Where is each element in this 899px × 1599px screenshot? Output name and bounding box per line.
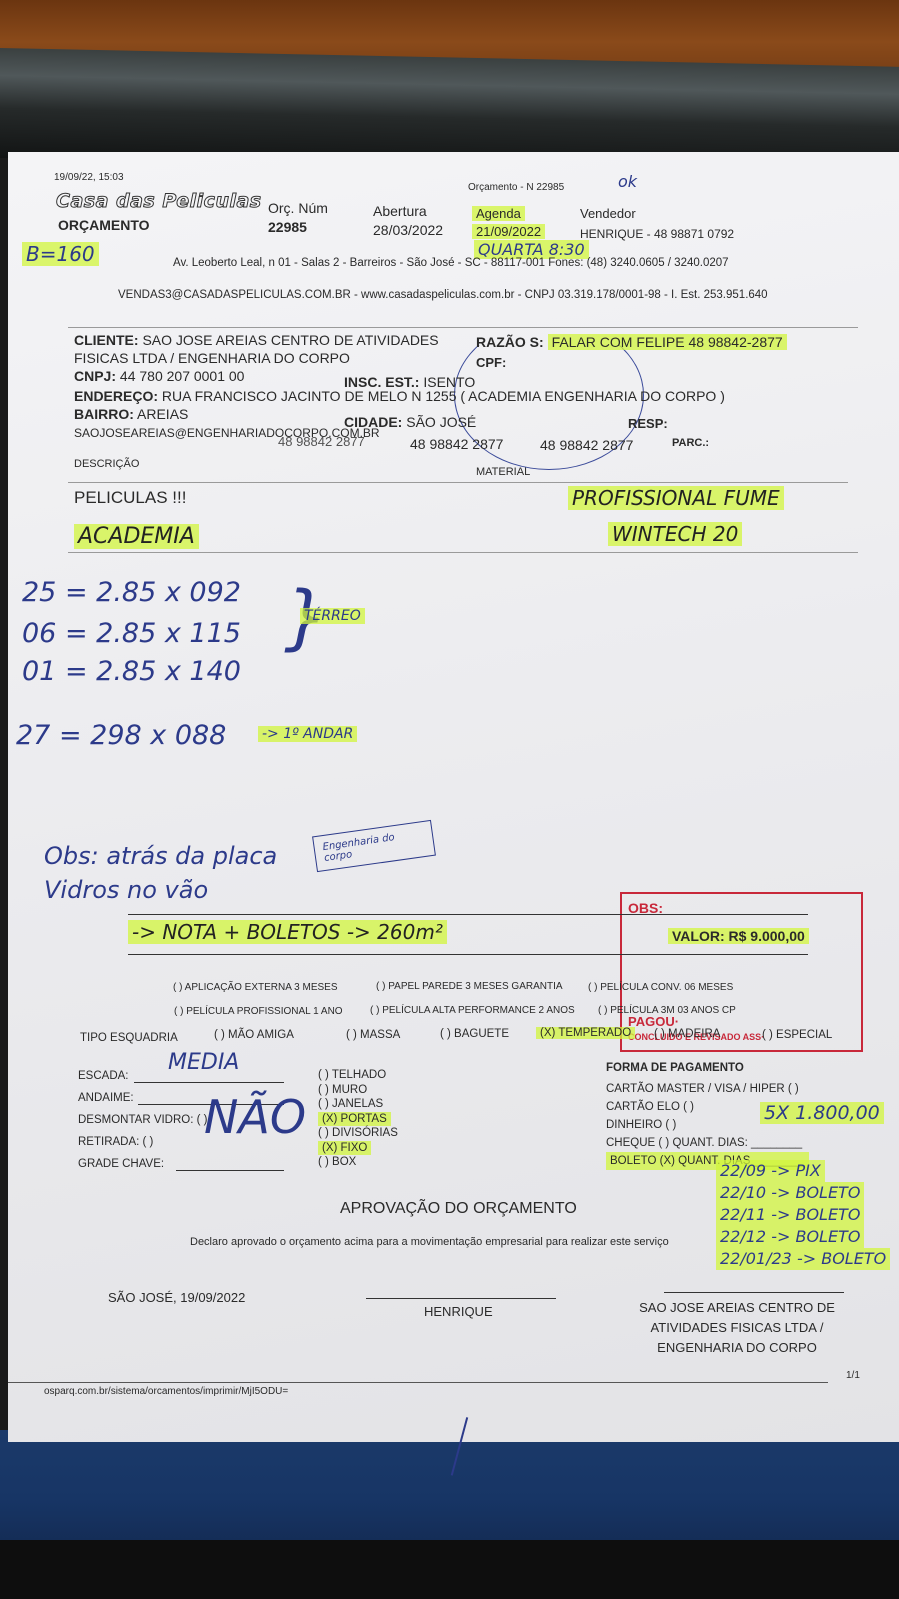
cpf-label: CPF: — [476, 355, 506, 370]
orc-num-label: Orç. Núm — [268, 200, 328, 216]
cnpj-value: 44 780 207 0001 00 — [120, 368, 245, 384]
client-signature-line — [664, 1292, 844, 1293]
location-option[interactable]: ( ) MURO — [318, 1083, 398, 1098]
divider — [128, 954, 808, 955]
client-sign-line-3: ENGENHARIA DO CORPO — [622, 1338, 852, 1358]
obs-hand-2: Vidros no vão — [44, 876, 208, 904]
nao-hand: NÃO — [204, 1090, 306, 1144]
parc-label: PARC.: — [672, 437, 709, 449]
esquadria-option[interactable]: ( ) ESPECIAL — [762, 1029, 832, 1041]
terreo-note: TÉRREO — [300, 608, 365, 624]
payment-options: CARTÃO MASTER / VISA / HIPER ( ) CARTÃO … — [606, 1080, 809, 1170]
endereco-value: RUA FRANCISCO JACINTO DE MELO N 1255 ( A… — [162, 388, 725, 404]
client-sign-line-2: ATIVIDADES FISICAS LTDA / — [622, 1318, 852, 1338]
valor-total: VALOR: R$ 9.000,00 — [668, 928, 809, 944]
approval-title: APROVAÇÃO DO ORÇAMENTO — [340, 1200, 577, 1218]
seller-sign: HENRIQUE — [424, 1304, 493, 1319]
schedule-item: 22/09 -> PIX — [716, 1160, 825, 1182]
page-number: 1/1 — [846, 1370, 860, 1381]
phone-1: 48 98842 2877 — [410, 436, 503, 452]
installments-note: 5X 1.800,00 — [760, 1102, 884, 1124]
pagou-label: PAGOU· — [628, 1014, 679, 1029]
retirada-label: RETIRADA: ( ) — [78, 1136, 153, 1148]
payment-option[interactable]: CHEQUE ( ) QUANT. DIAS: ________ — [606, 1134, 809, 1152]
cnpj-label: CNPJ: — [74, 368, 116, 384]
ok-mark: ok — [618, 172, 637, 191]
abertura-label: Abertura — [373, 203, 427, 219]
location-option-checked[interactable]: (X) PORTAS — [318, 1112, 391, 1127]
vendedor-value: HENRIQUE - 48 98871 0792 — [580, 227, 734, 241]
esquadria-option[interactable]: ( ) BAGUETE — [440, 1028, 509, 1040]
seller-signature-line — [366, 1298, 556, 1299]
location-option[interactable]: ( ) JANELAS — [318, 1097, 398, 1112]
quote-document: 19/09/22, 15:03 Casa das Peliculas ORÇAM… — [8, 152, 899, 1442]
cliente-label: CLIENTE: — [74, 332, 139, 348]
material-label: MATERIAL — [476, 466, 530, 478]
address-line: Av. Leoberto Leal, n 01 - Salas 2 - Barr… — [173, 257, 729, 269]
cidade-value: SÃO JOSÉ — [406, 414, 476, 430]
description-item: PELICULAS !!! — [74, 488, 186, 508]
escada-value: MEDIA — [168, 1050, 239, 1075]
escada-line — [134, 1082, 284, 1083]
esquadria-option-checked[interactable]: (X) TEMPERADO — [536, 1027, 635, 1039]
client-sign-line-1: SAO JOSE AREIAS CENTRO DE — [622, 1298, 852, 1318]
escada-label: ESCADA: — [78, 1070, 129, 1082]
esquadria-option[interactable]: ( ) MÃO AMIGA — [214, 1029, 294, 1041]
desmontar-label: DESMONTAR VIDRO: ( ) — [78, 1114, 207, 1126]
divider — [68, 327, 858, 328]
vendedor-label: Vendedor — [580, 206, 636, 221]
bairro-label: BAIRRO: — [74, 406, 134, 422]
agenda-label: Agenda — [472, 206, 525, 221]
warranty-option[interactable]: ( ) PELÍCULA 3M 03 ANOS CP — [598, 1005, 736, 1016]
bairro-value: AREIAS — [137, 406, 188, 422]
divider — [68, 482, 848, 483]
client-sign: SAO JOSE AREIAS CENTRO DE ATIVIDADES FIS… — [622, 1298, 852, 1358]
payment-schedule: 22/09 -> PIX 22/10 -> BOLETO 22/11 -> BO… — [716, 1160, 890, 1270]
grade-label: GRADE CHAVE: — [78, 1158, 164, 1170]
phone-2: 48 98842 2877 — [540, 437, 633, 453]
footer-url: osparq.com.br/sistema/orcamentos/imprimi… — [44, 1386, 288, 1397]
orc-num-value: 22985 — [268, 219, 307, 235]
schedule-item: 22/11 -> BOLETO — [716, 1204, 864, 1226]
orcamento-number: Orçamento - N 22985 — [468, 182, 564, 193]
measurement-3: 01 = 2.85 x 140 — [22, 656, 241, 687]
footer-divider — [8, 1382, 828, 1383]
print-timestamp: 19/09/22, 15:03 — [54, 172, 124, 183]
warranty-option[interactable]: ( ) PELÍCULA PROFISSIONAL 1 ANO — [174, 1006, 343, 1017]
approval-declaration: Declaro aprovado o orçamento acima para … — [190, 1236, 669, 1248]
payment-title: FORMA DE PAGAMENTO — [606, 1062, 744, 1074]
b-value-note: B=160 — [22, 242, 99, 266]
cliente-row: CLIENTE: SAO JOSE AREIAS CENTRO DE ATIVI… — [74, 332, 439, 348]
location-list: ( ) TELHADO ( ) MURO ( ) JANELAS (X) POR… — [318, 1068, 398, 1170]
cnpj-row: CNPJ: 44 780 207 0001 00 — [74, 368, 244, 384]
schedule-item: 22/01/23 -> BOLETO — [716, 1248, 890, 1270]
measurement-4: 27 = 298 x 088 — [16, 720, 226, 751]
descricao-label: DESCRIÇÃO — [74, 458, 139, 470]
warranty-option[interactable]: ( ) PELÍCULA CONV. 06 MESES — [588, 982, 733, 993]
hand-academia: ACADEMIA — [74, 524, 199, 549]
schedule-item: 22/12 -> BOLETO — [716, 1226, 864, 1248]
nota-note: -> NOTA + BOLETOS -> 260m² — [128, 920, 447, 944]
obs-hand-box: Engenharia do corpo — [312, 820, 436, 872]
location-option[interactable]: ( ) TELHADO — [318, 1068, 398, 1083]
andar-note: -> 1º ANDAR — [258, 726, 357, 742]
razao-row: RAZÃO S: FALAR COM FELIPE 48 98842-2877 — [476, 334, 787, 350]
hand-material-1: PROFISSIONAL FUME — [568, 486, 784, 510]
bairro-row: BAIRRO: AREIAS — [74, 406, 188, 422]
location-option[interactable]: ( ) BOX — [318, 1155, 398, 1170]
location-option[interactable]: ( ) DIVISÓRIAS — [318, 1126, 398, 1141]
measurement-2: 06 = 2.85 x 115 — [22, 618, 241, 649]
esquadria-option[interactable]: ( ) MASSA — [346, 1029, 400, 1041]
warranty-option[interactable]: ( ) PAPEL PAREDE 3 MESES GARANTIA — [376, 981, 563, 992]
phone-overlap: 48 98842 2877 — [278, 434, 365, 449]
measurement-1: 25 = 2.85 x 092 — [22, 577, 241, 608]
esquadria-option[interactable]: ( ) MADEIRA — [654, 1028, 720, 1040]
company-logo: Casa das Peliculas — [56, 190, 262, 212]
contact-line: VENDAS3@CASADASPELICULAS.COM.BR - www.ca… — [118, 289, 768, 301]
andaime-label: ANDAIME: — [78, 1092, 134, 1104]
doc-type: ORÇAMENTO — [58, 217, 150, 233]
cliente-value-2: FISICAS LTDA / ENGENHARIA DO CORPO — [74, 350, 350, 366]
resp-label: RESP: — [628, 416, 668, 431]
background-blue-surface — [0, 1430, 899, 1545]
razao-value: FALAR COM FELIPE 48 98842-2877 — [548, 334, 787, 350]
schedule-item: 22/10 -> BOLETO — [716, 1182, 864, 1204]
background-floor — [0, 1540, 899, 1599]
warranty-option[interactable]: ( ) PELÍCULA ALTA PERFORMANCE 2 ANOS — [370, 1005, 575, 1016]
location-option-checked[interactable]: (X) FIXO — [318, 1141, 371, 1156]
divider — [128, 914, 808, 915]
payment-option[interactable]: CARTÃO MASTER / VISA / HIPER ( ) — [606, 1080, 809, 1098]
abertura-value: 28/03/2022 — [373, 222, 443, 238]
warranty-option[interactable]: ( ) APLICAÇÃO EXTERNA 3 MESES — [173, 982, 338, 993]
agenda-value: 21/09/2022 — [472, 224, 545, 239]
grade-line — [176, 1170, 284, 1171]
cliente-value: SAO JOSE AREIAS CENTRO DE ATIVIDADES — [142, 332, 438, 348]
razao-label: RAZÃO S: — [476, 334, 544, 350]
hand-material-2: WINTECH 20 — [608, 522, 742, 546]
obs-hand-1: Obs: atrás da placa — [44, 842, 277, 870]
endereco-row: ENDEREÇO: RUA FRANCISCO JACINTO DE MELO … — [74, 388, 725, 404]
endereco-label: ENDEREÇO: — [74, 388, 158, 404]
place-date: SÃO JOSÉ, 19/09/2022 — [108, 1290, 245, 1305]
divider — [68, 552, 858, 553]
esquadria-label: TIPO ESQUADRIA — [80, 1032, 178, 1044]
